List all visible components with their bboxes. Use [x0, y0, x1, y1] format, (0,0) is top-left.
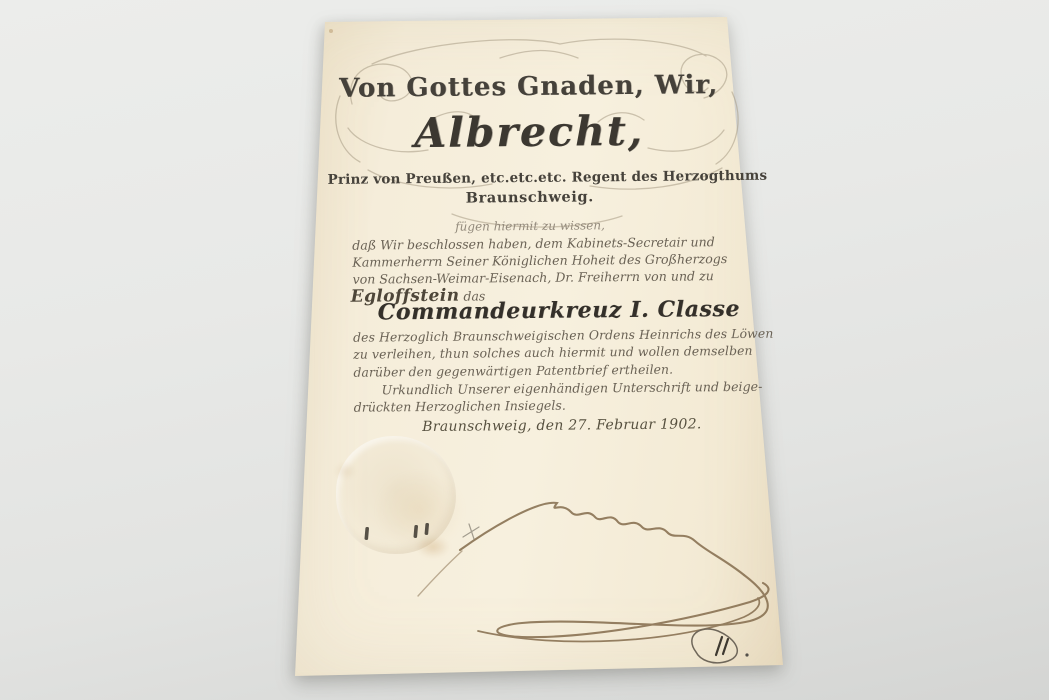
header-invocation: Von Gottes Gnaden, Wir, — [327, 70, 731, 104]
clause-block: daß Wir beschlossen haben, dem Kabinets-… — [352, 233, 730, 288]
attestation-block: Urkundlich Unserer eigenhändigen Untersc… — [354, 378, 732, 416]
salutation-line: fügen hiermit zu wissen, — [328, 217, 732, 235]
dateline: Braunschweig, den 27. Februar 1902. — [360, 416, 764, 436]
order-line: zu verleihen, thun solches auch hiermit … — [353, 342, 731, 363]
document-content: Von Gottes Gnaden, Wir, Albrecht, Prinz … — [326, 12, 736, 676]
attestation-line: Urkundlich Unserer eigenhändigen Untersc… — [354, 378, 732, 399]
header-titles: Prinz von Preußen, etc.etc.etc. Regent d… — [328, 168, 732, 188]
header-regent-name: Albrecht, — [327, 106, 731, 158]
header-titles-2: Braunschweig. — [328, 187, 732, 208]
photo-background: Von Gottes Gnaden, Wir, Albrecht, Prinz … — [0, 0, 1049, 700]
order-block: des Herzoglich Braunschweigischen Ordens… — [353, 325, 731, 381]
clause-line: von Sachsen-Weimar-Eisenach, Dr. Freiher… — [352, 267, 730, 288]
award-title: Commandeurkreuz I. Classe — [357, 296, 761, 326]
attestation-line: drückten Herzoglichen Insiegels. — [354, 395, 732, 416]
